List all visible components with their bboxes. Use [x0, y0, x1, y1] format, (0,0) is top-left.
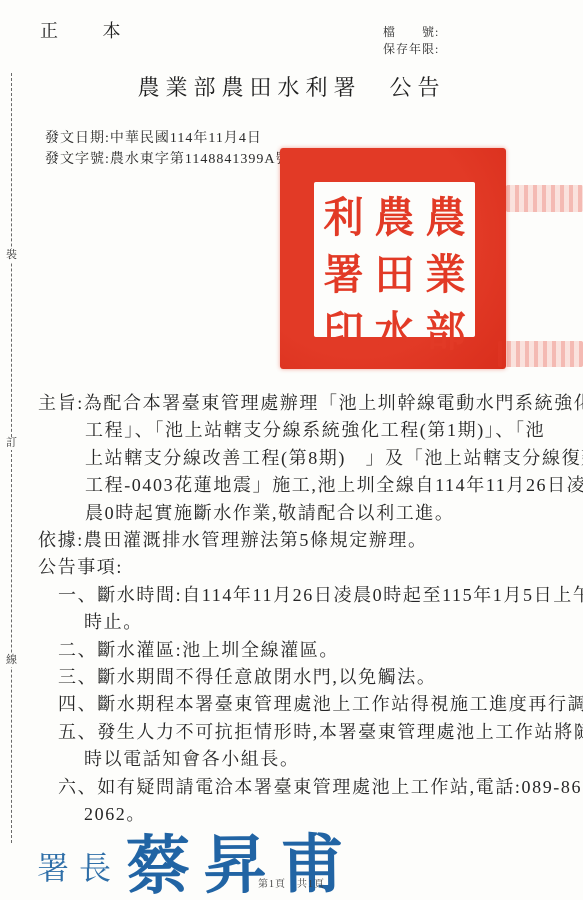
seal-character: 水	[369, 299, 420, 359]
body-line: 公告事項:	[0, 554, 583, 581]
seal-character: 印	[318, 299, 369, 359]
announcement-document: 裝訂線 正 本 檔 號: 保存年限: 農業部農田水利署 公告 發文日期:中華民國…	[0, 0, 583, 900]
body-lines: 主旨:為配合本署臺東管理處辦理「池上圳幹線電動水門系統強化工程」、「池上站轄支分…	[0, 390, 583, 829]
body-line: 時以電話知會各小組長。	[0, 746, 583, 773]
seal-grid: 利農農署田業印水部	[314, 182, 475, 337]
body-line: 依據:農田灌溉排水管理辦法第5條規定辦理。	[0, 527, 583, 554]
body-line: 四、斷水期程本署臺東管理處池上工作站得視施工進度再行調整。	[0, 691, 583, 718]
file-number-label: 檔 號:	[383, 24, 439, 41]
document-title: 農業部農田水利署 公告	[0, 71, 583, 102]
body-line: 六、如有疑問請電洽本署臺東管理處池上工作站,電話:089-86	[0, 774, 583, 801]
body-line: 二、斷水灌區:池上圳全線灌區。	[0, 637, 583, 664]
seal-character: 署	[318, 242, 369, 302]
issue-number: 發文字號:農水東字第1148841399A號	[45, 149, 290, 170]
seal-character: 部	[420, 299, 471, 359]
page-number-footer: 第1頁 共1頁	[0, 875, 583, 890]
seal-character: 農	[369, 185, 420, 245]
body-line: 五、發生人力不可抗拒情形時,本署臺東管理處池上工作站將隨	[0, 719, 583, 746]
retention-period-label: 保存年限:	[383, 41, 439, 58]
seal-character: 田	[369, 242, 420, 302]
body-line: 晨0時起實施斷水作業,敬請配合以利工進。	[0, 500, 583, 527]
seal-character: 農	[420, 185, 471, 245]
copy-type-label: 正 本	[40, 17, 141, 43]
body-line: 三、斷水期間不得任意啟閉水門,以免觸法。	[0, 664, 583, 691]
binding-mark: 裝	[3, 249, 20, 262]
seal-bleed-mark-bottom	[498, 341, 583, 367]
body-line: 主旨:為配合本署臺東管理處辦理「池上圳幹線電動水門系統強化	[0, 390, 583, 417]
file-number-block: 檔 號: 保存年限:	[383, 24, 439, 58]
seal-character: 利	[318, 185, 369, 245]
issuance-meta: 發文日期:中華民國114年11月4日 發文字號:農水東字第1148841399A…	[45, 128, 290, 170]
body-line: 工程」、「池上站轄支分線系統強化工程(第1期)」、「池	[0, 417, 583, 444]
seal-character: 業	[420, 242, 471, 302]
issue-date: 發文日期:中華民國114年11月4日	[45, 128, 290, 149]
body-line: 工程-0403花蓮地震」施工,池上圳全線自114年11月26日凌	[0, 472, 583, 499]
body-line: 上站轄支分線改善工程(第8期) 」及「池上站轄支分線復建	[0, 445, 583, 472]
body-line: 一、斷水時間:自114年11月26日凌晨0時起至115年1月5日上午8	[0, 582, 583, 609]
seal-bleed-mark-top	[506, 185, 583, 212]
body-line: 時止。	[0, 609, 583, 636]
official-red-seal: 利農農署田業印水部	[280, 148, 506, 369]
